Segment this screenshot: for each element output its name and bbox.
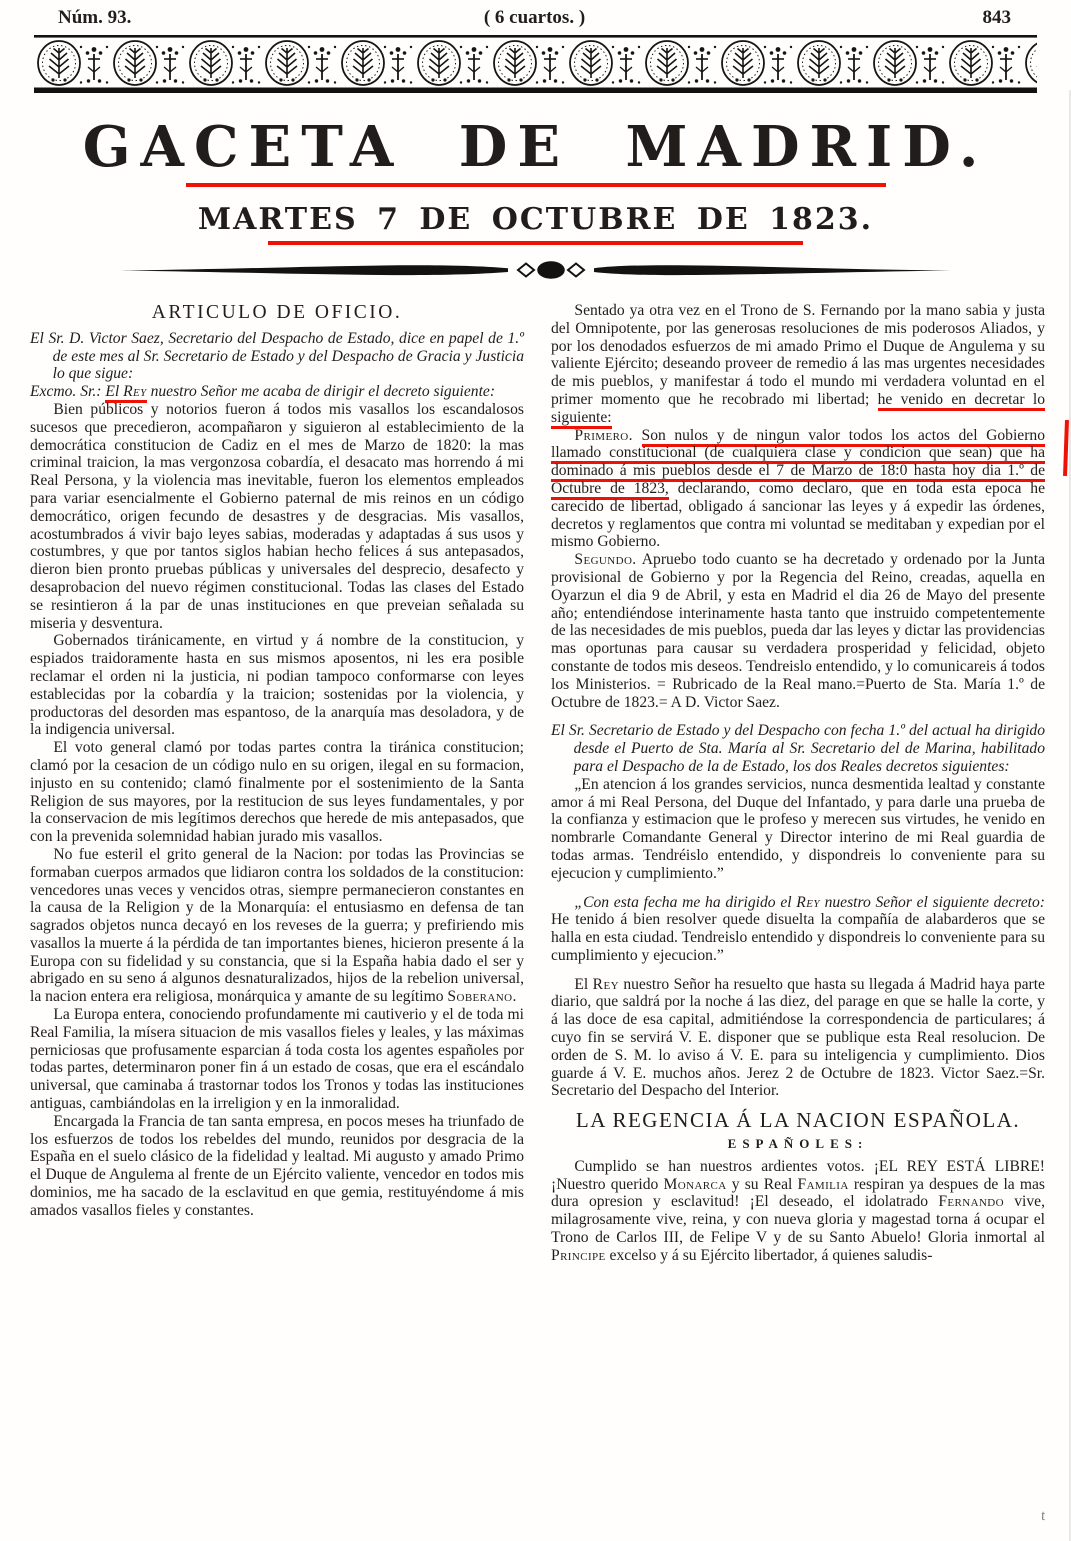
page-header: Núm. 93. ( 6 cuartos. ) 843 xyxy=(0,0,1071,29)
paragraph: Excmo. Sr.: El Rey nuestro Señor me acab… xyxy=(30,383,524,401)
paragraph: Bien públicos y notorios fueron á todos … xyxy=(30,401,524,632)
paragraph: El voto general clamó por todas partes c… xyxy=(30,739,524,846)
text-segment: „Con esta fecha me ha dirigido el xyxy=(574,894,796,911)
paragraph: Gobernados tiránicamente, en virtud y á … xyxy=(30,632,524,739)
red-underline-date xyxy=(268,241,803,245)
text-segment: Gobernados tiránicamente, en virtud y á … xyxy=(30,632,524,738)
price-label: ( 6 cuartos. ) xyxy=(376,7,694,29)
paragraph: Sentado ya otra vez en el Trono de S. Fe… xyxy=(551,302,1045,427)
page-number: 843 xyxy=(693,7,1011,29)
text-segment: nuestro Señor me acaba de dirigir el dec… xyxy=(147,383,495,400)
text-segment: Primero. xyxy=(574,427,633,444)
text-segment: No fue esteril el grito general de la Na… xyxy=(30,846,524,1005)
paragraph: El Sr. D. Victor Saez, Secretario del De… xyxy=(30,330,524,383)
paragraph: El Rey nuestro Señor ha resuelto que has… xyxy=(551,976,1045,1101)
paragraph: El Sr. Secretario de Estado y del Despac… xyxy=(551,722,1045,775)
section-heading: ESPAÑOLES: xyxy=(551,1135,1045,1153)
text-segment: Rey xyxy=(593,976,619,993)
newspaper-page: Núm. 93. ( 6 cuartos. ) 843 xyxy=(0,0,1071,1541)
text-segment: Familia xyxy=(798,1176,849,1193)
masthead-title: GACETA DE MADRID. xyxy=(0,114,1071,180)
text-segment: nuestro Señor el siguiente decreto: xyxy=(820,894,1045,911)
text-segment: „En atencion á los grandes servicios, nu… xyxy=(551,776,1045,882)
paragraph: Encargada la Francia de tan santa empres… xyxy=(30,1113,524,1220)
text-segment: El voto general clamó por todas partes c… xyxy=(30,739,524,845)
text-segment: He tenido á bien resolver quede disuelta… xyxy=(551,911,1045,964)
text-segment: Excmo. Sr.: xyxy=(30,383,105,400)
paragraph: „Con esta fecha me ha dirigido el Rey nu… xyxy=(551,894,1045,965)
paragraph: Cumplido se han nuestros ardientes votos… xyxy=(551,1158,1045,1265)
paragraph: No fue esteril el grito general de la Na… xyxy=(30,846,524,1006)
text-segment: Fernando xyxy=(938,1193,1004,1210)
date-line: MARTES 7 DE OCTUBRE DE 1823. xyxy=(0,202,1071,237)
text-segment: Monarca xyxy=(664,1176,727,1193)
text-segment: Apruebo todo cuanto se ha decretado y or… xyxy=(551,551,1045,710)
paragraph: La Europa entera, conociendo profundamen… xyxy=(30,1006,524,1113)
text-segment: Segundo. xyxy=(574,551,636,568)
paragraph: „En atencion á los grandes servicios, nu… xyxy=(551,776,1045,883)
ornament-border xyxy=(34,34,1037,94)
text-segment: Rey xyxy=(796,894,820,911)
text-segment: nuestro Señor ha resuelto que hasta su l… xyxy=(551,976,1045,1100)
text-segment: . xyxy=(512,988,516,1005)
article-body: ARTICULO DE OFICIO.El Sr. D. Victor Saez… xyxy=(0,289,1071,1265)
text-segment: El Sr. D. Victor Saez, Secretario del De… xyxy=(30,330,524,383)
left-column: ARTICULO DE OFICIO.El Sr. D. Victor Saez… xyxy=(30,302,524,1265)
text-segment: Soberano xyxy=(447,988,512,1005)
text-segment: Encargada la Francia de tan santa empres… xyxy=(30,1113,524,1219)
ink-smudge: t xyxy=(1041,1508,1046,1525)
issue-number: Núm. 93. xyxy=(58,7,376,29)
divider-ornament xyxy=(118,256,954,289)
paragraph: Segundo. Apruebo todo cuanto se ha decre… xyxy=(551,551,1045,711)
text-segment: y su Real xyxy=(727,1176,798,1193)
section-heading: ARTICULO DE OFICIO. xyxy=(30,304,524,322)
right-column: Sentado ya otra vez en el Trono de S. Fe… xyxy=(551,302,1045,1265)
text-segment: La Europa entera, conociendo profundamen… xyxy=(30,1006,524,1112)
text-segment: El xyxy=(574,976,592,993)
text-segment: excelso y á su Ejército libertador, á qu… xyxy=(606,1247,933,1264)
paragraph: Primero. Son nulos y de ningun valor tod… xyxy=(551,427,1045,552)
text-segment xyxy=(633,427,642,444)
text-segment: Principe xyxy=(551,1247,606,1264)
section-heading: LA REGENCIA Á LA NACION ESPAÑOLA. xyxy=(551,1112,1045,1130)
red-underline-title xyxy=(186,183,886,187)
text-segment: Bien públicos y notorios fueron á todos … xyxy=(30,401,524,632)
text-segment: El Sr. Secretario de Estado y del Despac… xyxy=(551,722,1045,775)
